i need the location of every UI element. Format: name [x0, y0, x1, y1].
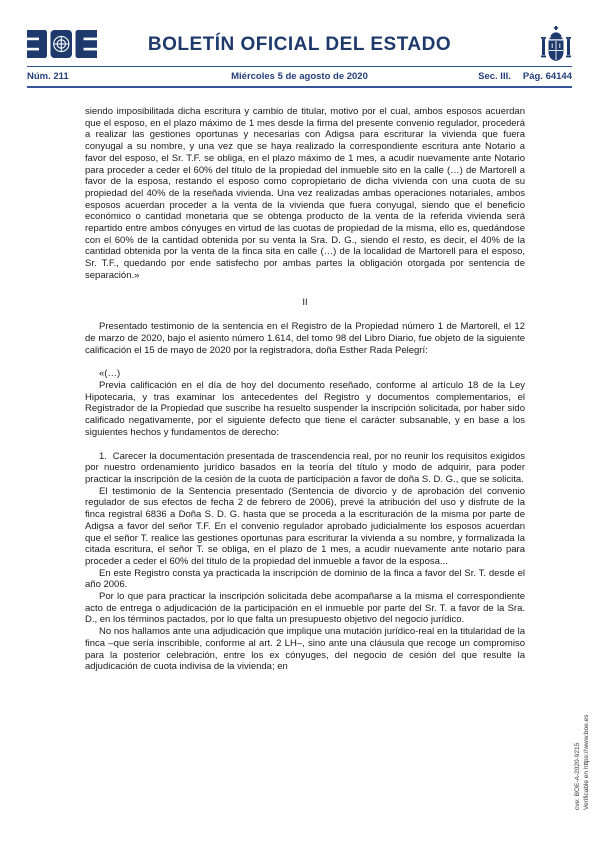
- boe-gazette-page: BOLETÍN OFICIAL DEL ESTADO: [0, 0, 599, 848]
- quote-open-paragraph: «(…): [85, 368, 525, 380]
- header-divider-thin: [27, 66, 572, 67]
- issue-date: Miércoles 5 de agosto de 2020: [231, 71, 368, 82]
- body-paragraph: El testimonio de la Sentencia presentado…: [85, 486, 525, 568]
- verification-side-note: cve: BOE-A-2020-9215 Verificable en http…: [574, 590, 590, 810]
- verifiable-url: Verificable en https://www.boe.es: [583, 590, 592, 810]
- cve-code: cve: BOE-A-2020-9215: [574, 590, 583, 810]
- masthead-title: BOLETÍN OFICIAL DEL ESTADO: [0, 34, 599, 56]
- body-paragraph: En este Registro consta ya practicada la…: [85, 568, 525, 591]
- page-number-label: Pág. 64144: [523, 71, 572, 82]
- body-paragraph: siendo imposibilitada dicha escritura y …: [85, 106, 525, 282]
- section-and-page: Sec. III.Pág. 64144: [478, 71, 572, 82]
- spain-coat-of-arms-icon: [540, 26, 572, 62]
- numbered-paragraph-1: 1. Carecer la documentación presentada d…: [85, 451, 525, 486]
- body-paragraph: Presentado testimonio de la sentencia en…: [85, 321, 525, 356]
- body-paragraph: Previa calificación en el día de hoy del…: [85, 380, 525, 439]
- verification-side-note-text: cve: BOE-A-2020-9215 Verificable en http…: [574, 590, 591, 810]
- issue-number: Núm. 211: [27, 71, 69, 82]
- header-divider-thick: [27, 86, 572, 88]
- document-body: siendo imposibilitada dicha escritura y …: [85, 106, 525, 673]
- header-meta-row: Núm. 211 Miércoles 5 de agosto de 2020 S…: [27, 71, 572, 83]
- body-paragraph: No nos hallamos ante una adjudicación qu…: [85, 626, 525, 673]
- section-label: Sec. III.: [478, 71, 511, 82]
- body-paragraph: Por lo que para practicar la inscripción…: [85, 591, 525, 626]
- section-heading-ii: II: [85, 297, 525, 309]
